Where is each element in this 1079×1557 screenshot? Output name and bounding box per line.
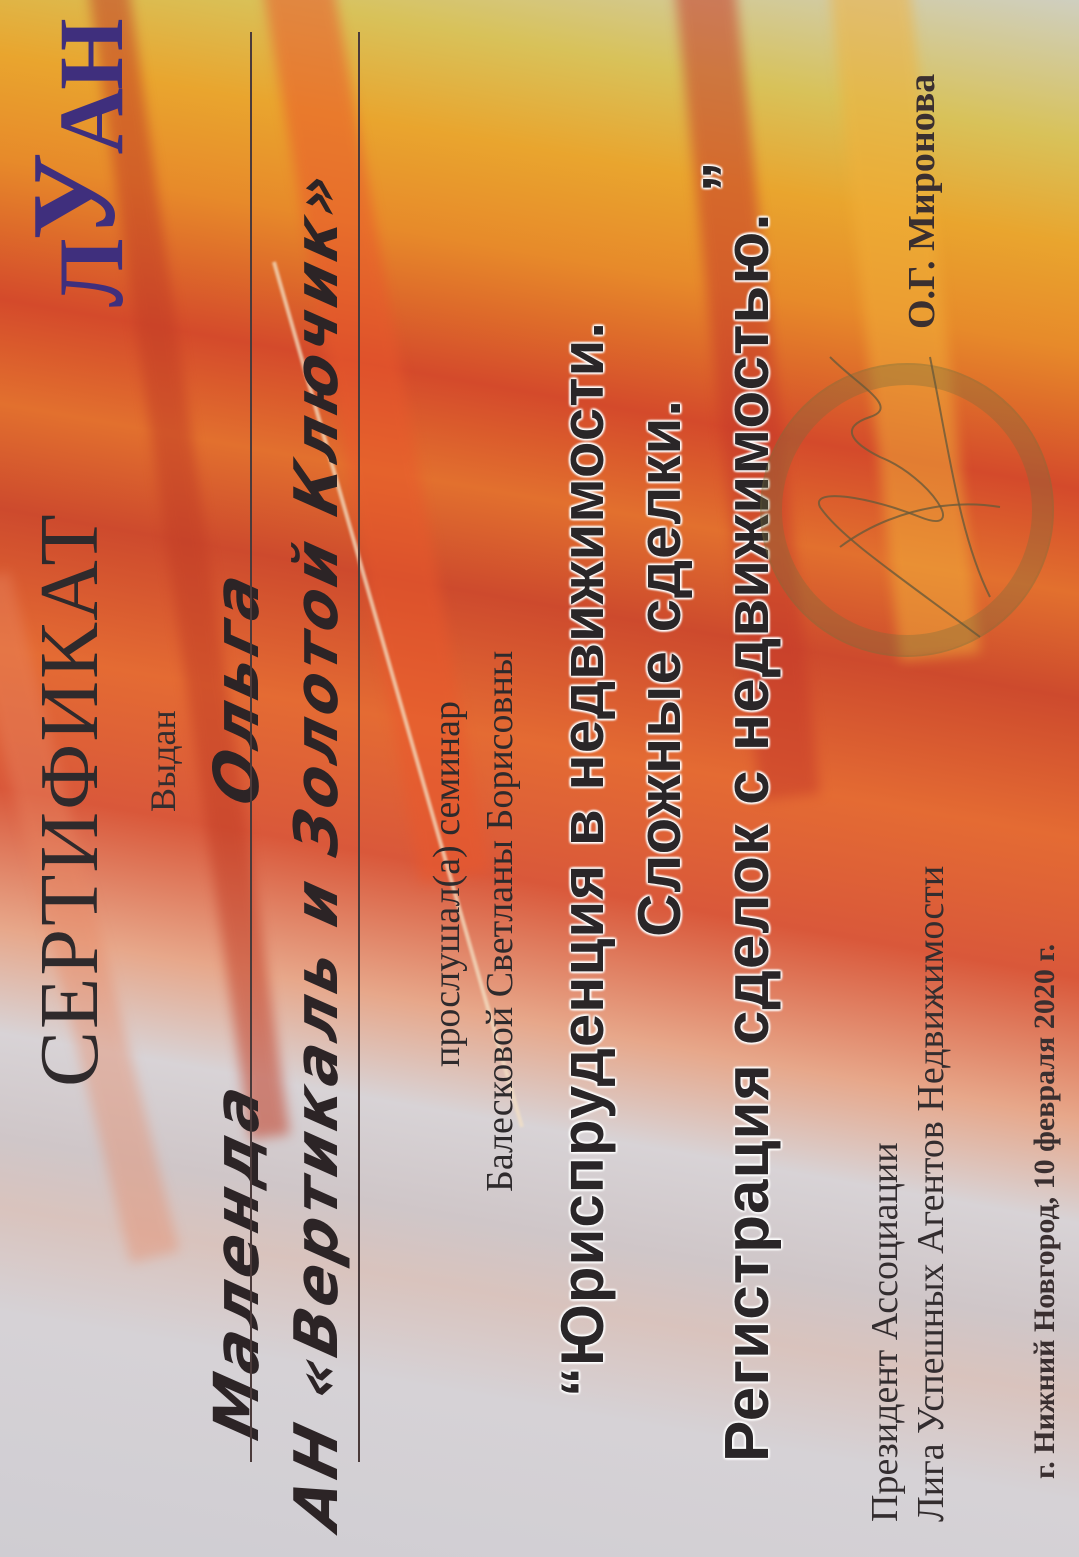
luan-logo: ЛУАН [22, 20, 142, 307]
president-line-1: Президент Ассоциации [862, 866, 908, 1522]
issued-label: Выдан [142, 710, 184, 812]
city-and-date: г. Нижний Новгород, 10 февраля 2020 г. [1028, 944, 1062, 1479]
signer-name: О.Г. Миронова [900, 74, 944, 329]
logo-letter-u: У [14, 154, 134, 240]
signature [780, 337, 1020, 657]
president-title: Президент Ассоциации Лига Успешных Агент… [862, 866, 954, 1522]
certificate-title: СЕРТИФИКАТ [28, 512, 112, 1087]
photo-viewport: ЛУАН СЕРТИФИКАТ Выдан МалендаОльга АН «В… [0, 0, 1079, 1557]
certificate: ЛУАН СЕРТИФИКАТ Выдан МалендаОльга АН «В… [0, 0, 1079, 1557]
name-underline [250, 32, 252, 1462]
course-title-line-2: Сложные сделки. [625, 399, 694, 937]
logo-letter-l: Л [40, 240, 142, 307]
recipient-surname: Маленда [200, 1074, 273, 1446]
course-title-line-3-text: Регистрация сделок с недвижимостью. [713, 212, 782, 1462]
agency-underline [358, 32, 360, 1462]
course-title-line-3: Регистрация сделок с недвижимостью.” [712, 160, 783, 1462]
course-title-line-1: “Юриспруденция в недвижимости. [548, 321, 617, 1397]
recipient-agency: АН «Вертикаль и Золотой Ключик» [282, 162, 352, 1535]
president-line-2: Лига Успешных Агентов Недвижимости [908, 866, 954, 1522]
lecturer-name: Балесковой Светланы Борисовны [478, 651, 522, 1192]
recipient-name: МалендаОльга [200, 563, 273, 1447]
logo-letters-an: АН [40, 20, 142, 154]
closing-quote: ” [691, 160, 760, 192]
attended-label: прослушал(а) семинар [425, 701, 469, 1067]
recipient-first-name: Ольга [200, 563, 273, 813]
